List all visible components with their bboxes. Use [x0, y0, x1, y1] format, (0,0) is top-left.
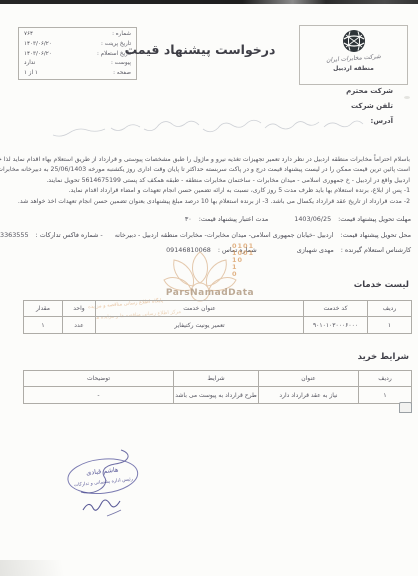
- meta-row-inquiry-date: تاریخ استعلام : ۱۴۰۳/۰۶/۲۰: [24, 50, 131, 58]
- term-row-index: ۱: [359, 387, 412, 404]
- meta-label: پیوست :: [111, 59, 131, 67]
- detail-value: 09146810068: [166, 246, 211, 254]
- detail-label: مهلت تحویل پیشنهاد قیمت:: [338, 215, 411, 223]
- scan-artifact-icon: [399, 402, 412, 413]
- col-header-unit: واحد: [63, 301, 96, 317]
- term-condition: طرح قرارداد به پیوست می باشد: [174, 387, 259, 404]
- meta-row-print-date: تاریخ پرینت : ۱۴۰۳/۰۶/۲۰: [24, 40, 131, 48]
- services-header-row: ردیف کد خدمت عنوان خدمت واحد مقدار: [24, 301, 412, 317]
- term-title: نیاز به عقد قرارداد دارد: [259, 387, 359, 404]
- body-line: 2- مدت قرارداد از تاریخ عقد قرارداد یکسا…: [14, 197, 410, 207]
- col-header-row-index: ردیف: [359, 371, 412, 387]
- inquiry-details: مهلت تحویل پیشنهاد قیمت: 1403/06/25 مدت …: [10, 215, 411, 262]
- meta-value: ۱۴۰۳/۰۶/۲۰: [24, 40, 52, 48]
- term-row: ۱ نیاز به عقد قرارداد دارد طرح قرارداد ب…: [24, 387, 412, 404]
- service-title: تعمیر یونیت رکتیفایر: [96, 317, 304, 334]
- service-quantity: ۱: [24, 317, 63, 334]
- detail-label: مدت اعتبار پیشنهاد قیمت:: [199, 215, 269, 223]
- detail-row-expert: کارشناس استعلام گیرنده : مهدی شهبازی شما…: [10, 246, 411, 254]
- service-row: ۱ ۹۰۱۰۱۰۳۰۰۰۶۰۰۰ تعمیر یونیت رکتیفایر عد…: [24, 317, 412, 334]
- detail-value: اردبیل -خیابان جمهوری اسلامی- میدان مخاب…: [115, 231, 334, 239]
- detail-label: محل تحویل پیشنهاد قیمت:: [341, 231, 412, 239]
- col-header-quantity: مقدار: [24, 301, 63, 317]
- detail-row-delivery-place: محل تحویل پیشنهاد قیمت: اردبیل -خیابان ج…: [10, 231, 411, 239]
- meta-value: ندارد: [24, 59, 35, 67]
- body-line: است پائین ترین قیمت ممکن را در لیست پیشن…: [14, 165, 410, 175]
- region-label: منطقه اردبیل: [300, 65, 407, 72]
- purchase-terms-table: ردیف عنوان شرایط توضیحات ۱ نیاز به عقد ق…: [23, 370, 412, 404]
- col-header-service-title: عنوان خدمت: [96, 301, 304, 317]
- watermark-binary-digits: 0101 1001 10 1 0: [232, 243, 254, 278]
- page-title: درخواست پیشنهاد قیمت: [120, 42, 280, 57]
- watermark-brand-text: ParsNamadData: [160, 288, 260, 298]
- recipient-company-line: شرکت محترم: [346, 87, 393, 95]
- col-header-row-index: ردیف: [368, 301, 412, 317]
- col-header-condition: شرایط: [174, 371, 259, 387]
- meta-row-number: شماره : ۷۶۴: [24, 30, 131, 38]
- scanned-rfq-document: شماره : ۷۶۴ تاریخ پرینت : ۱۴۰۳/۰۶/۲۰ تار…: [0, 0, 418, 576]
- meta-value: ۷۶۴: [24, 30, 33, 38]
- telecom-globe-icon: [341, 28, 367, 54]
- col-header-service-code: کد خدمت: [304, 301, 368, 317]
- col-header-term-title: عنوان: [259, 371, 359, 387]
- meta-value: ۱ از ۱: [24, 69, 38, 77]
- scan-smudge: [404, 96, 410, 99]
- body-paragraph: باسلام احتراماً مخابرات منطقه اردبیل در …: [14, 155, 410, 207]
- terms-header-row: ردیف عنوان شرایط توضیحات: [24, 371, 412, 387]
- meta-value: ۱۴۰۳/۰۶/۲۰: [24, 50, 52, 58]
- body-line: اردبیل واقع در اردبیل - خ جمهوری اسلامی …: [14, 176, 410, 186]
- handwritten-address-scribble: [33, 112, 378, 138]
- meta-label: صفحه :: [113, 69, 131, 77]
- purchase-terms-heading: شرایط خرید: [358, 352, 409, 362]
- recipient-phone-line: تلفن شرکت: [346, 102, 393, 110]
- detail-label: - شماره فاکس تدارکات :: [36, 231, 103, 239]
- service-unit: عدد: [63, 317, 96, 334]
- detail-value: مهدی شهبازی: [297, 246, 334, 254]
- company-logo-box: شرکت مخابرات ایران منطقه اردبیل: [299, 25, 408, 85]
- meta-label: شماره :: [112, 30, 131, 38]
- body-line: باسلام احتراماً مخابرات منطقه اردبیل در …: [14, 155, 410, 165]
- scan-corner-shadow: [0, 560, 90, 576]
- handwritten-signature: [83, 500, 120, 510]
- col-header-notes: توضیحات: [24, 371, 174, 387]
- scanner-edge-artifact: [0, 0, 418, 4]
- service-row-index: ۱: [368, 317, 412, 334]
- official-stamp-and-signature: هاشم قبادی رئیس اداره پشتیبانی و تدارکات: [55, 448, 155, 528]
- services-heading: لیست خدمات: [354, 280, 409, 290]
- body-line: 1- پس از ابلاغ، برنده استعلام بها باید ظ…: [14, 186, 410, 196]
- service-code: ۹۰۱۰۱۰۳۰۰۰۶۰۰۰: [304, 317, 368, 334]
- term-notes: -: [24, 387, 174, 404]
- detail-value: 1403/06/25: [294, 215, 331, 223]
- stamp-name-text: هاشم قبادی: [86, 466, 120, 477]
- detail-value: ۳۰: [185, 215, 192, 223]
- detail-value: 04533363555: [0, 231, 29, 239]
- services-table: ردیف کد خدمت عنوان خدمت واحد مقدار ۱ ۹۰۱…: [23, 300, 412, 334]
- meta-row-attachment: پیوست : ندارد: [24, 59, 131, 67]
- detail-label: کارشناس استعلام گیرنده :: [341, 246, 411, 254]
- detail-row-deadline: مهلت تحویل پیشنهاد قیمت: 1403/06/25 مدت …: [10, 215, 411, 223]
- meta-row-page: صفحه : ۱ از ۱: [24, 69, 131, 77]
